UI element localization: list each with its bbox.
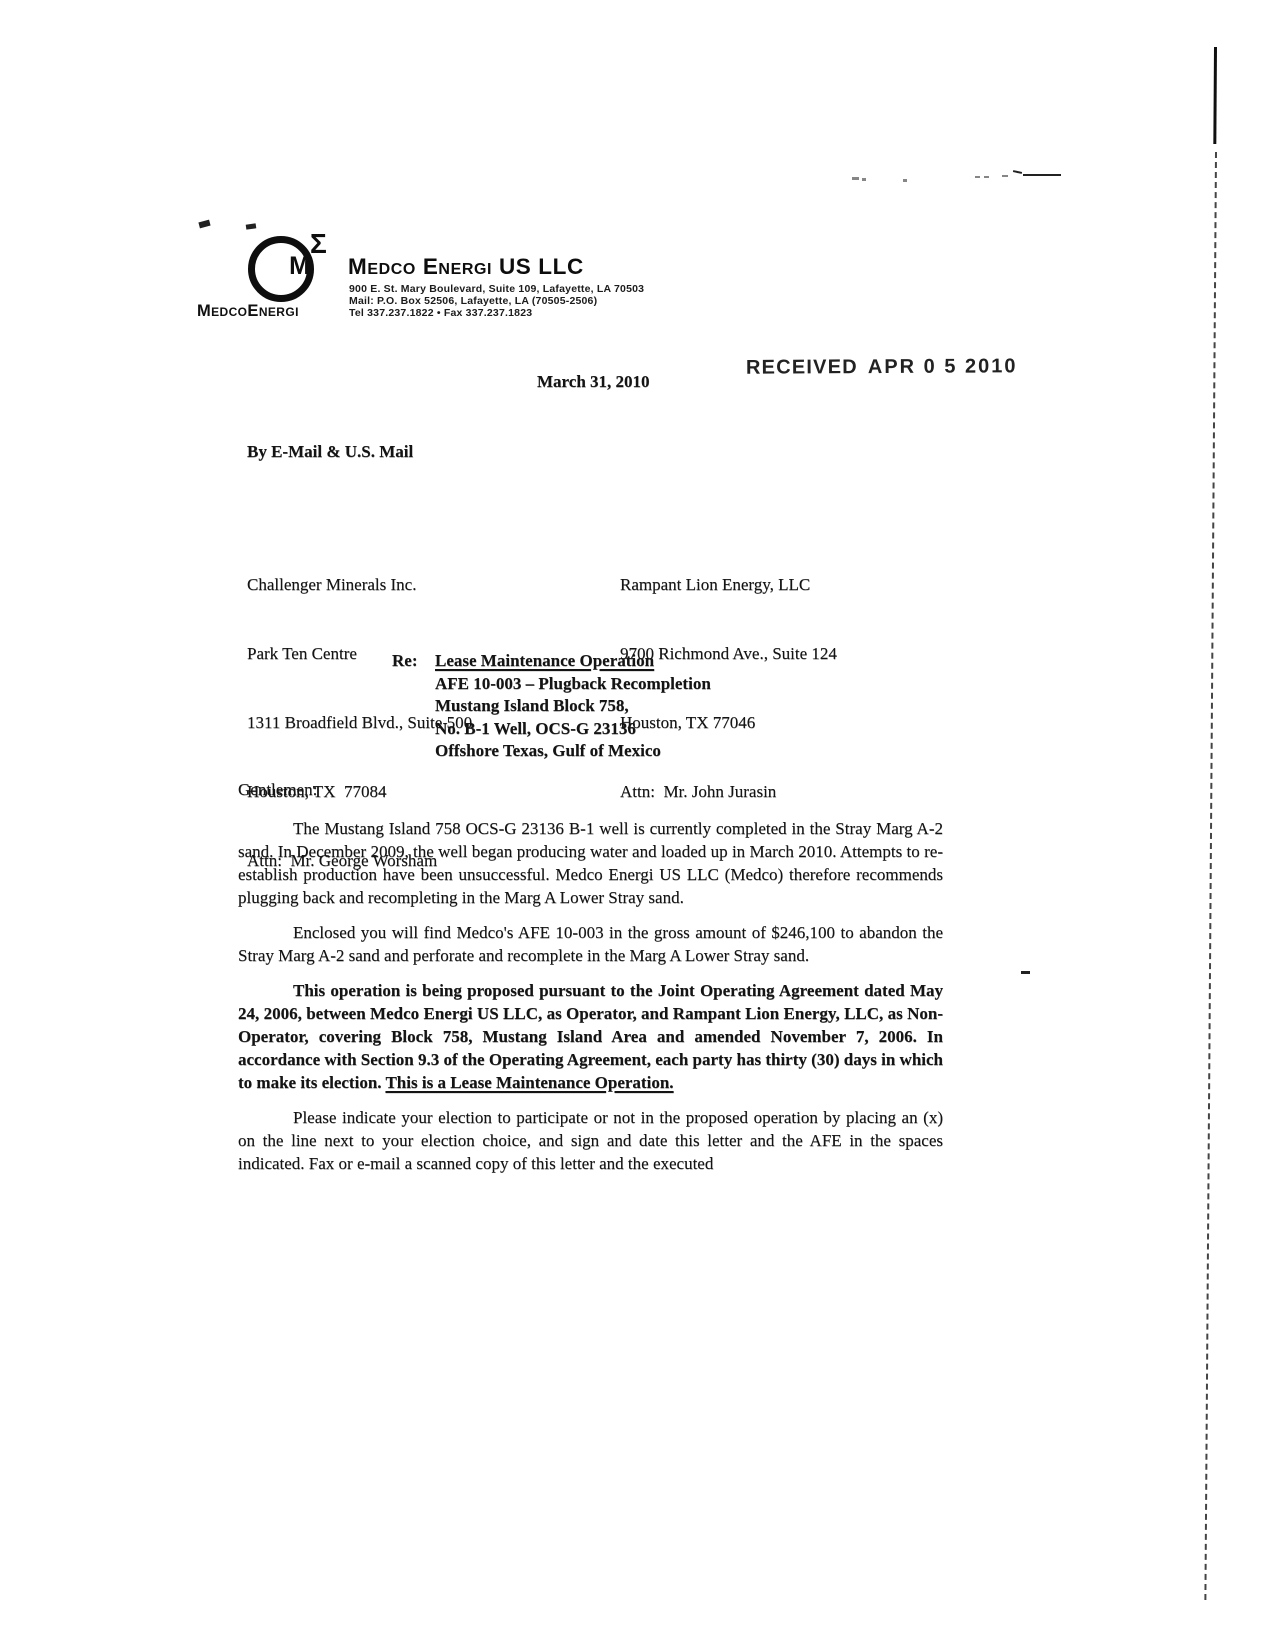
letter-date: March 31, 2010	[537, 372, 650, 392]
re-subject-block: Re: Lease Maintenance Operation AFE 10-0…	[392, 650, 765, 763]
scan-speck	[852, 177, 859, 180]
delivery-method: By E-Mail & U.S. Mail	[247, 442, 413, 462]
body-paragraph-3: This operation is being proposed pursuan…	[238, 979, 943, 1094]
scan-speck	[1023, 174, 1061, 176]
scan-speck	[862, 178, 866, 181]
received-stamp: RECEIVEDAPR 0 5 2010	[746, 355, 1018, 379]
re-label: Re:	[392, 650, 435, 763]
received-stamp-label: RECEIVED	[746, 356, 858, 379]
medco-logo-circle-icon: M	[248, 236, 314, 302]
recipient-address-line: Challenger Minerals Inc.	[247, 573, 472, 596]
page-edge-line	[1213, 47, 1217, 144]
salutation: Gentlemen:	[238, 778, 943, 801]
re-subject-line: No. B-1 Well, OCS-G 23136	[435, 718, 765, 741]
body-paragraph-4: Please indicate your election to partici…	[238, 1106, 943, 1175]
scanned-letter-page: M Σ MedcoEnergi Medco Energi US LLC 900 …	[0, 0, 1276, 1648]
letter-body: Gentlemen: The Mustang Island 758 OCS-G …	[238, 778, 943, 1187]
company-address-line: Tel 337.237.1822 • Fax 337.237.1823	[349, 308, 644, 320]
re-subject-line: Offshore Texas, Gulf of Mexico	[435, 740, 765, 763]
company-name: Medco Energi US LLC	[348, 256, 584, 279]
scan-speck	[975, 176, 980, 178]
logo-monogram: M	[289, 252, 310, 281]
scan-speck	[198, 220, 210, 229]
page-edge-line-dashed	[1204, 152, 1217, 1600]
body-paragraph-1: The Mustang Island 758 OCS-G 23136 B-1 w…	[238, 817, 943, 909]
scan-speck	[903, 179, 907, 182]
company-address-line: Mail: P.O. Box 52506, Lafayette, LA (705…	[349, 296, 644, 308]
scan-speck	[1013, 170, 1022, 174]
re-subject-lines: Lease Maintenance Operation AFE 10-003 –…	[435, 650, 765, 763]
scan-speck	[984, 176, 989, 178]
re-subject-title: Lease Maintenance Operation	[435, 650, 765, 673]
re-subject-line: Mustang Island Block 758,	[435, 695, 765, 718]
logo-wordmark: MedcoEnergi	[197, 302, 299, 321]
scan-speck	[1021, 971, 1030, 974]
logo-sigma-icon: Σ	[310, 230, 327, 258]
re-subject-line: AFE 10-003 – Plugback Recompletion	[435, 673, 765, 696]
body-paragraph-3-underlined: This is a Lease Maintenance Operation.	[385, 1073, 673, 1092]
recipient-address-line: Rampant Lion Energy, LLC	[620, 573, 837, 596]
body-paragraph-2: Enclosed you will find Medco's AFE 10-00…	[238, 921, 943, 967]
scan-speck	[246, 223, 257, 229]
received-stamp-date: APR 0 5 2010	[868, 355, 1018, 378]
company-address: 900 E. St. Mary Boulevard, Suite 109, La…	[349, 284, 644, 319]
scan-speck	[1002, 175, 1008, 177]
